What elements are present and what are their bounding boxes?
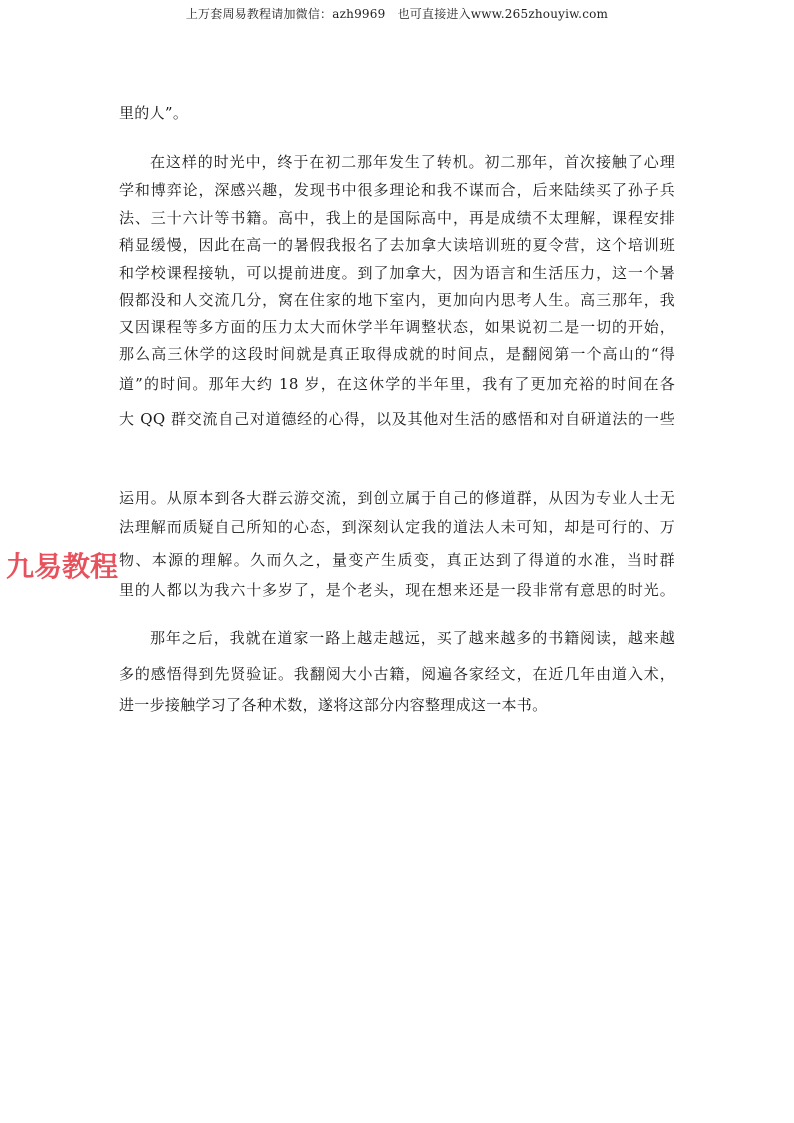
paragraph-line: 里的人都以为我六十多岁了，是个老头，现在想来还是一段非常有意思的时光。 bbox=[119, 581, 675, 599]
paragraph-line: 学和博弈论，深感兴趣，发现书中很多理论和我不谋而合，后来陆续买了孙子兵 bbox=[119, 181, 675, 199]
paragraph-line: 里的人”。 bbox=[119, 104, 675, 122]
paragraph-line: 运用。从原本到各大群云游交流，到创立属于自己的修道群，从因为专业人士无 bbox=[119, 489, 675, 507]
paragraph-line: 假都没和人交流几分，窝在住家的地下室内，更加向内思考人生。高三那年，我 bbox=[119, 291, 675, 309]
paragraph-line: 大 QQ 群交流自己对道德经的心得，以及其他对生活的感悟和对自研道法的一些 bbox=[119, 410, 675, 428]
paragraph-line: 多的感悟得到先贤验证。我翻阅大小古籍，阅遍各家经文，在近几年由道入术， bbox=[119, 665, 675, 683]
paragraph-line: 稍显缓慢，因此在高一的暑假我报名了去加拿大读培训班的夏令营，这个培训班 bbox=[119, 236, 675, 254]
paragraph-line: 道”的时间。那年大约 18 岁，在这休学的半年里，我有了更加充裕的时间在各 bbox=[119, 375, 675, 393]
paragraph-line: 那年之后，我就在道家一路上越走越远，买了越来越多的书籍阅读，越来越 bbox=[150, 629, 675, 647]
paragraph-line: 又因课程等多方面的压力太大而休学半年调整状态，如果说初二是一切的开始， bbox=[119, 318, 675, 336]
paragraph-line: 法理解而质疑自己所知的心态，到深刻认定我的道法人未可知，却是可行的、万 bbox=[119, 518, 675, 536]
paragraph-line: 进一步接触学习了各种术数，遂将这部分内容整理成这一本书。 bbox=[119, 696, 675, 714]
watermark-logo: 九易教程 bbox=[6, 545, 118, 585]
paragraph-line: 法、三十六计等书籍。高中，我上的是国际高中，再是成绩不太理解，课程安排 bbox=[119, 209, 675, 227]
paragraph-line: 那么高三休学的这段时间就是真正取得成就的时间点，是翻阅第一个高山的“得 bbox=[119, 345, 675, 363]
paragraph-line: 在这样的时光中，终于在初二那年发生了转机。初二那年，首次接触了心理 bbox=[150, 153, 675, 171]
page-header-banner: 上万套周易教程请加微信：azh9969 也可直接进入www.265zhouyiw… bbox=[0, 5, 794, 22]
paragraph-line: 物、本源的理解。久而久之，量变产生质变，真正达到了得道的水准，当时群 bbox=[119, 551, 675, 569]
paragraph-line: 和学校课程接轨，可以提前进度。到了加拿大，因为语言和生活压力，这一个暑 bbox=[119, 264, 675, 282]
